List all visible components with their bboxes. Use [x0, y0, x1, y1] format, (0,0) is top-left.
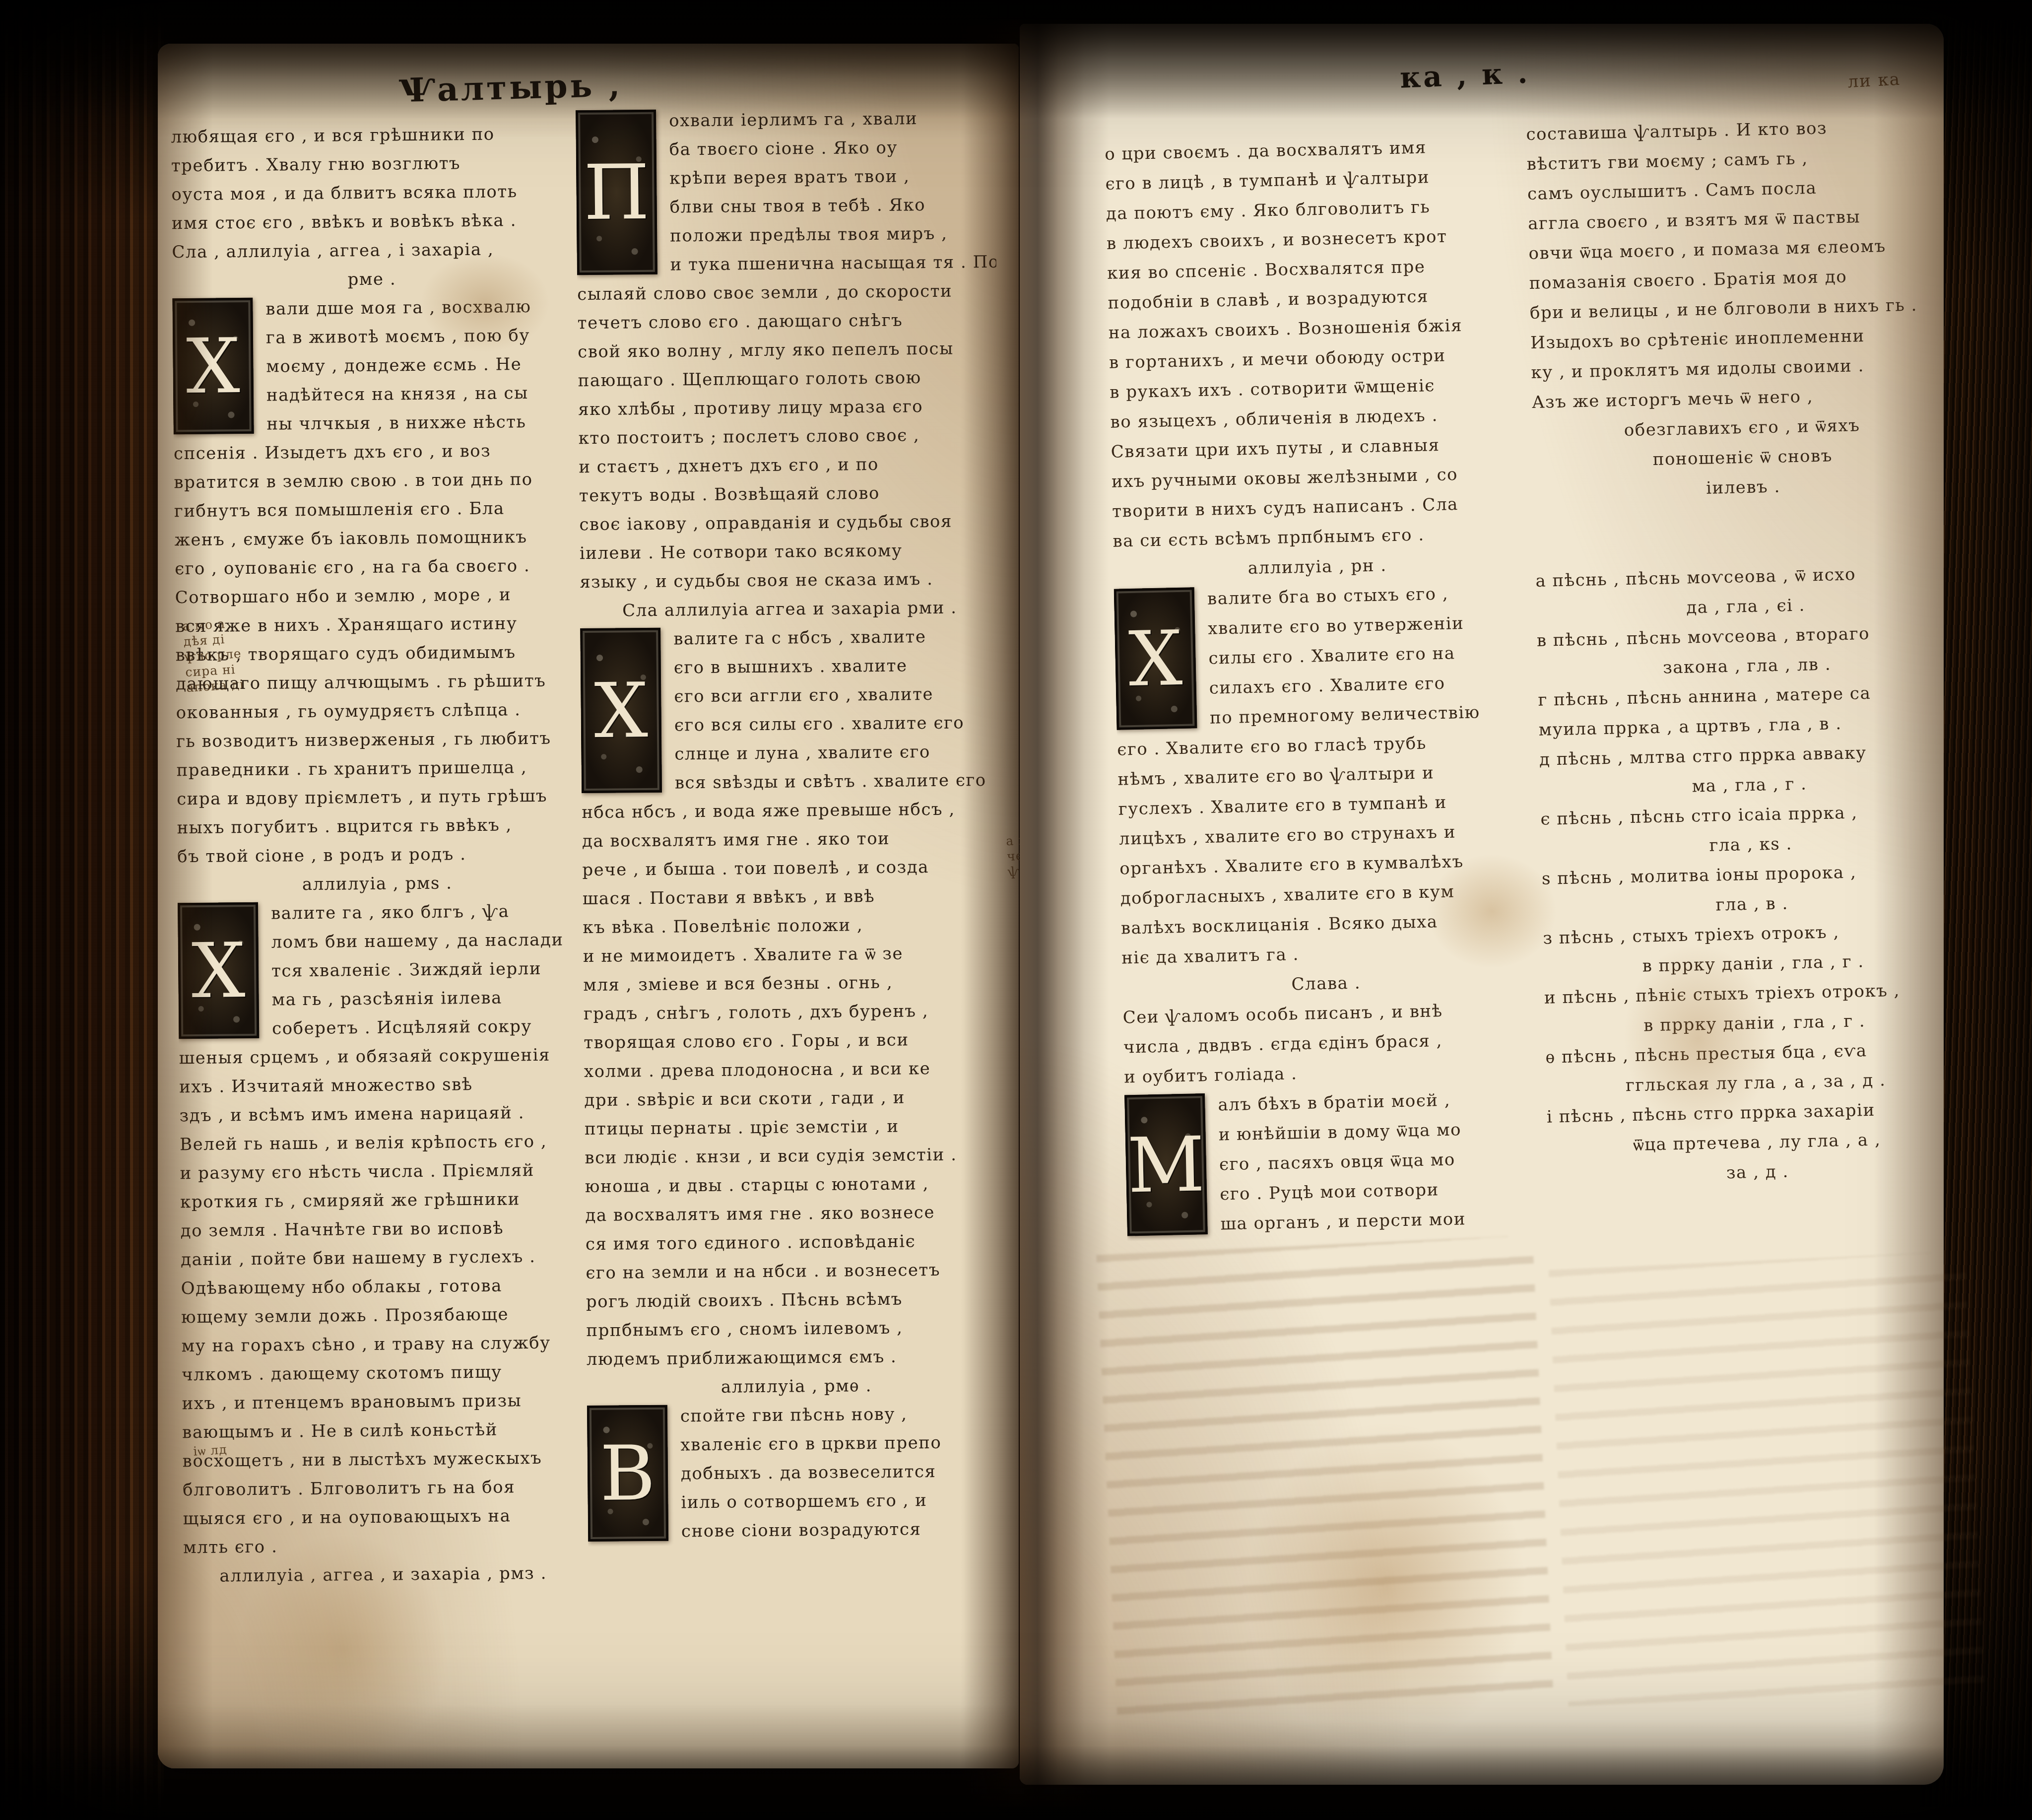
text-line: яко хлѣбы , противу лицу мраза єго [578, 392, 997, 424]
text-line: свой яко волну , мглу яко пепелъ посы [578, 334, 997, 366]
text-line: ввѣкъ , творящаго судъ обидимымъ [175, 637, 575, 670]
paragraph-block: Хвалите бга во стыхъ єго ,хвалите єго во… [1114, 578, 1529, 973]
text-line: людемъ приближающимся ємъ . [587, 1342, 1006, 1374]
text-line: шася . Постави я ввѣкъ , и ввѣ [583, 881, 1002, 913]
paragraph-block: гь возводитъ низверженыя , гь любитъправ… [176, 724, 577, 871]
text-line: вси людіє . кнзи , и вси судія земстіи . [585, 1140, 1004, 1172]
text-line: градъ , снѣгъ , голоть , дхъ буренъ , [584, 996, 1003, 1028]
text-line: праведники . гь хранитъ пришелца , [176, 752, 576, 785]
text-line: дающаго пищу алчющымъ . гь рѣшитъ [176, 666, 575, 698]
text-line: птицы пернаты . цріє земстіи , и [585, 1111, 1004, 1144]
ornate-initial-letter: В [587, 1405, 668, 1542]
text-line: здъ , и всѣмъ имъ имена нарицаяй . [179, 1098, 579, 1130]
text-line: имя стоє єго , ввѣкъ и вовѣкъ вѣка . [172, 205, 571, 238]
text-line: прпбнымъ єго , сномъ іилевомъ , [586, 1313, 1005, 1345]
text-line: Одѣвающему нбо облакы , готова [181, 1271, 580, 1303]
text-line: сылаяй слово своє земли , до скорости [577, 276, 996, 309]
text-line: творящая слово єго . Горы , и вси [584, 1025, 1003, 1057]
text-line: юноша , и двы . старцы с юнотами , [585, 1169, 1004, 1201]
folio-number: ли ка [1847, 69, 1901, 92]
book-photo: Ѱалтырь , а мо адѣя діѱло рлесира ніапок… [0, 0, 2032, 1820]
ink-stain [1245, 1419, 1529, 1753]
text-column: составиша ѱалтырь . И кто возвѣститъ гви… [1526, 111, 1967, 1191]
text-line: рече , и быша . тои повелѣ , и созда [582, 852, 1001, 884]
text-line: дри . ѕвѣріє и вси скоти , гади , и [584, 1082, 1003, 1115]
paragraph-block: любящая єго , и вся грѣшники потребитъ .… [171, 119, 572, 267]
bleed-through-text [1549, 1251, 1985, 1706]
text-line: и стаєтъ , дхнетъ дхъ єго , и по [579, 449, 998, 481]
text-column: любящая єго , и вся грѣшники потребитъ .… [171, 119, 583, 1591]
paragraph-block: Вспойте гви пѣснь нову ,хваленіє єго в ц… [587, 1399, 1007, 1547]
text-line: и не мимоидетъ . Хвалите га ѿ зе [583, 939, 1002, 971]
text-line: щыяся єго , и на оуповающыхъ на [183, 1501, 582, 1533]
text-line: гибнутъ вся помышленія єго . Бла [174, 493, 574, 526]
text-line: кто постоитъ ; послетъ слово своє , [579, 420, 998, 453]
left-page: Ѱалтырь , а мо адѣя діѱло рлесира ніапок… [158, 44, 1019, 1768]
text-line: восхощетъ , ни в лыстѣхъ мужескыхъ [182, 1443, 582, 1476]
text-line: ихъ , и птенцемъ врановымъ призы [182, 1386, 581, 1418]
paragraph-block: Хвалите га , яко блгъ , ѱаломъ бви нашем… [178, 896, 583, 1562]
text-line: ихъ . Изчитаяй множество ѕвѣ [179, 1069, 579, 1101]
paragraph-block: Хвали дше моя га , восхвалюга в животѣ м… [172, 292, 576, 727]
text-line: бъ твой сіоне , в родъ и родъ . [177, 839, 577, 871]
text-line: блговолитъ . Блговолитъ гь на боя [183, 1472, 582, 1504]
psalm-heading-line: аллилуіа , аггеа , и захаріа , рмз . [184, 1558, 583, 1591]
text-line: течетъ слово єго . дающаго снѣгъ [577, 305, 996, 337]
paragraph-block: Хвалите га с нбсъ , хвалитеєго в вышнихъ… [580, 622, 1006, 1374]
text-line: оуста моя , и да блвитъ всяка плоть [171, 177, 571, 209]
paragraph-block: составиша ѱалтырь . И кто возвѣститъ гви… [1526, 111, 1951, 417]
text-line: кроткия гь , смиряяй же грѣшники [180, 1184, 580, 1216]
running-title-left: Ѱалтырь , [398, 65, 623, 110]
psalm-heading-line: Сла аллилуіа аггеа и захаріа рми . [580, 593, 999, 625]
text-column: Похвали іерлимъ га , хвалиба твоєго сіон… [576, 104, 1007, 1547]
text-line: ющему земли дожь . Прозябающе [181, 1299, 581, 1332]
text-line: єго на земли и на нбси . и вознесетъ [586, 1255, 1005, 1287]
text-line: сира и вдову пріємлетъ , и путь грѣшъ [177, 781, 576, 813]
ornate-initial-letter: Х [580, 628, 662, 793]
text-line: Сотворшаго нбо и землю , море , и [175, 580, 574, 612]
text-line: женъ , ємуже бъ іаковль помощникъ [174, 522, 574, 554]
ornate-initial-letter: М [1124, 1093, 1208, 1236]
text-line: до земля . Начнѣте гви во исповѣ [180, 1213, 580, 1245]
text-line: окованныя , гь оумудряєтъ слѣпца . [176, 695, 575, 727]
text-line: даніи , пойте бви нашему в гуслехъ . [181, 1242, 580, 1274]
paragraph-block: Малъ бѣхъ в братіи моєй ,и юнѣйшіи в дом… [1124, 1083, 1535, 1241]
text-line: да восхвалятъ имя гне . яко тои [582, 823, 1001, 856]
psalm-heading-line: аллилуіа , рмѳ . [587, 1370, 1006, 1403]
text-line: мля , зміеве и вся безны . огнь , [583, 967, 1002, 1000]
paragraph-block: г пѣснь , пѣснь аннина , матере самуила … [1538, 676, 1958, 745]
text-line: члкомъ . дающему скотомъ пищу [182, 1357, 581, 1389]
text-line: своє іакову , оправданія и судьбы своя [579, 507, 998, 539]
paragraph-block: Похвали іерлимъ га , хвалиба твоєго сіон… [576, 104, 999, 597]
text-line: вающымъ и . Не в силѣ коньстѣй [182, 1415, 582, 1447]
ornate-initial-letter: Х [178, 902, 259, 1039]
text-line: къ вѣка . Повелѣніє положи , [583, 910, 1002, 942]
ornate-initial-letter: П [576, 110, 657, 275]
text-line: шеныя срцемъ , и обязаяй сокрушенія [179, 1040, 578, 1073]
text-column: о цри своємъ . да восхвалятъ имяєго в ли… [1105, 131, 1535, 1241]
text-line: млть єго . [183, 1530, 583, 1562]
paragraph-block: Сеи ѱаломъ особь писанъ , и внѣчисла , д… [1122, 994, 1532, 1092]
text-line: холми . древа плодоносна , и вси ке [584, 1054, 1003, 1086]
text-line: любящая єго , и вся грѣшники по [171, 119, 570, 151]
text-line: Сла , аллилуіа , аггеа , і захаріа , [172, 234, 571, 267]
psalm-heading-line: рме . [172, 263, 572, 295]
text-line: вся яже в нихъ . Хранящаго истину [175, 608, 575, 641]
psalm-heading-line: аллилуіа , рмѕ . [177, 868, 577, 900]
text-line: Велей гь нашь , и велія крѣпость єго , [180, 1127, 579, 1159]
text-line: и разуму єго нѣсть числа . Пріємляй [180, 1155, 579, 1188]
running-title-right: ка , к . [1399, 56, 1531, 95]
text-line: єго , оупованіє єго , на га ба своєго . [175, 551, 574, 583]
text-line: да восхвалятъ имя гне . яко вознесе [585, 1198, 1004, 1230]
paragraph-block: о цри своємъ . да восхвалятъ имяєго в ли… [1105, 131, 1521, 556]
text-line: текутъ воды . Возвѣщаяй слово [579, 478, 998, 510]
text-line: рогъ людій своихъ . Пѣснь всѣмъ [586, 1284, 1005, 1316]
right-page: ка , к . ли ка о цри своємъ . да восхвал… [1020, 24, 1944, 1785]
book-spine [0, 0, 164, 1820]
bleed-through-text [1096, 1235, 1554, 1721]
text-line: нбса нбсъ , и вода яже превыше нбсъ , [582, 795, 1001, 827]
text-line: іилеви . Не сотвори тако всякому [580, 536, 999, 568]
text-line: языку , и судьбы своя не сказа имъ . [580, 564, 999, 597]
ornate-initial-letter: Х [1114, 587, 1197, 730]
ornate-initial-letter: Х [172, 298, 254, 434]
text-line: гь возводитъ низверженыя , гь любитъ [176, 724, 576, 756]
text-line: пающаго . Щеплющаго голоть свою [578, 363, 997, 395]
text-line: спсенія . Изыдетъ дхъ єго , и воз [174, 436, 573, 468]
text-line: ныхъ погубитъ . вцрится гь ввѣкъ , [177, 810, 576, 842]
text-line: ся имя того єдиного . исповѣданіє [586, 1226, 1005, 1259]
text-line: му на горахъ сѣно , и траву на службу [181, 1328, 581, 1360]
text-line: вратится в землю свою . в тои днь по [174, 465, 573, 497]
text-line: требитъ . Хвалу гню возглютъ [171, 148, 571, 180]
